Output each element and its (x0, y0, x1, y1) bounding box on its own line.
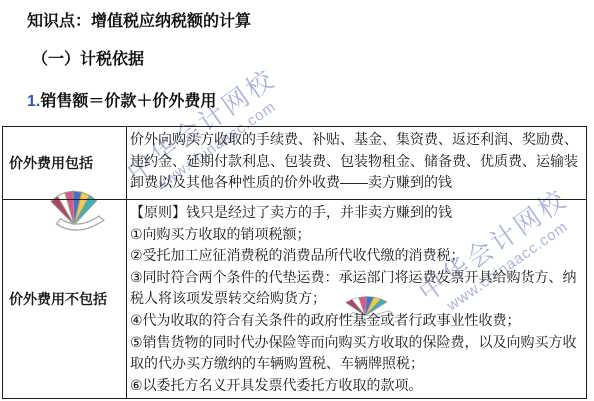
formula-number: 1. (27, 93, 40, 110)
page-title: 知识点：增值税应纳税额的计算 (27, 8, 251, 31)
row-content-included: 价外向购买方收取的手续费、补贴、基金、集资费、返还利润、奖励费、违约金、延期付款… (127, 127, 587, 200)
price-extra-fees-table: 价外费用包括 价外向购买方收取的手续费、补贴、基金、集资费、返还利润、奖励费、违… (2, 126, 587, 399)
row-label-included: 价外费用包括 (3, 127, 127, 200)
cell-paragraph-item-6: ⑥以委托方名义开具发票代委托方收取的款项。 (130, 375, 584, 397)
formula-text: 销售额＝价款＋价外费用 (40, 93, 216, 110)
cell-paragraph-item-4: ④代为收取的符合有关条件的政府性基金或者行政事业性收费； (130, 310, 584, 332)
cell-paragraph-item-1: ①向购买方收取的销项税额； (130, 224, 584, 246)
section-heading: （一）计税依据 (32, 46, 144, 69)
cell-paragraph-item-2: ②受托加工应征消费税的消费品所代收代缴的消费税； (130, 245, 584, 267)
row-content-not-included: 【原则】钱只是经过了卖方的手，并非卖方赚到的钱 ①向购买方收取的销项税额； ②受… (127, 200, 587, 399)
cell-paragraph-item-5: ⑤销售货物的同时代办保险等而向购买方收取的保险费，以及向购买方收取的代办买方缴纳… (130, 332, 584, 375)
cell-paragraph-item-3: ③同时符合两个条件的代垫运费：承运部门将运费发票开具给购货方、纳税人将该项发票转… (130, 267, 584, 310)
row-label-not-included: 价外费用不包括 (3, 200, 127, 399)
table-row-not-included: 价外费用不包括 【原则】钱只是经过了卖方的手，并非卖方赚到的钱 ①向购买方收取的… (3, 200, 587, 399)
formula-heading: 1.销售额＝价款＋价外费用 (27, 88, 216, 111)
cell-paragraph: 价外向购买方收取的手续费、补贴、基金、集资费、返还利润、奖励费、违约金、延期付款… (130, 129, 584, 194)
table-row-included: 价外费用包括 价外向购买方收取的手续费、补贴、基金、集资费、返还利润、奖励费、违… (3, 127, 587, 200)
document-page: 中华会计网校 www.chinaacc.com 中华会计网校 www.china… (0, 0, 594, 401)
cell-paragraph-principle: 【原则】钱只是经过了卖方的手，并非卖方赚到的钱 (130, 202, 584, 224)
